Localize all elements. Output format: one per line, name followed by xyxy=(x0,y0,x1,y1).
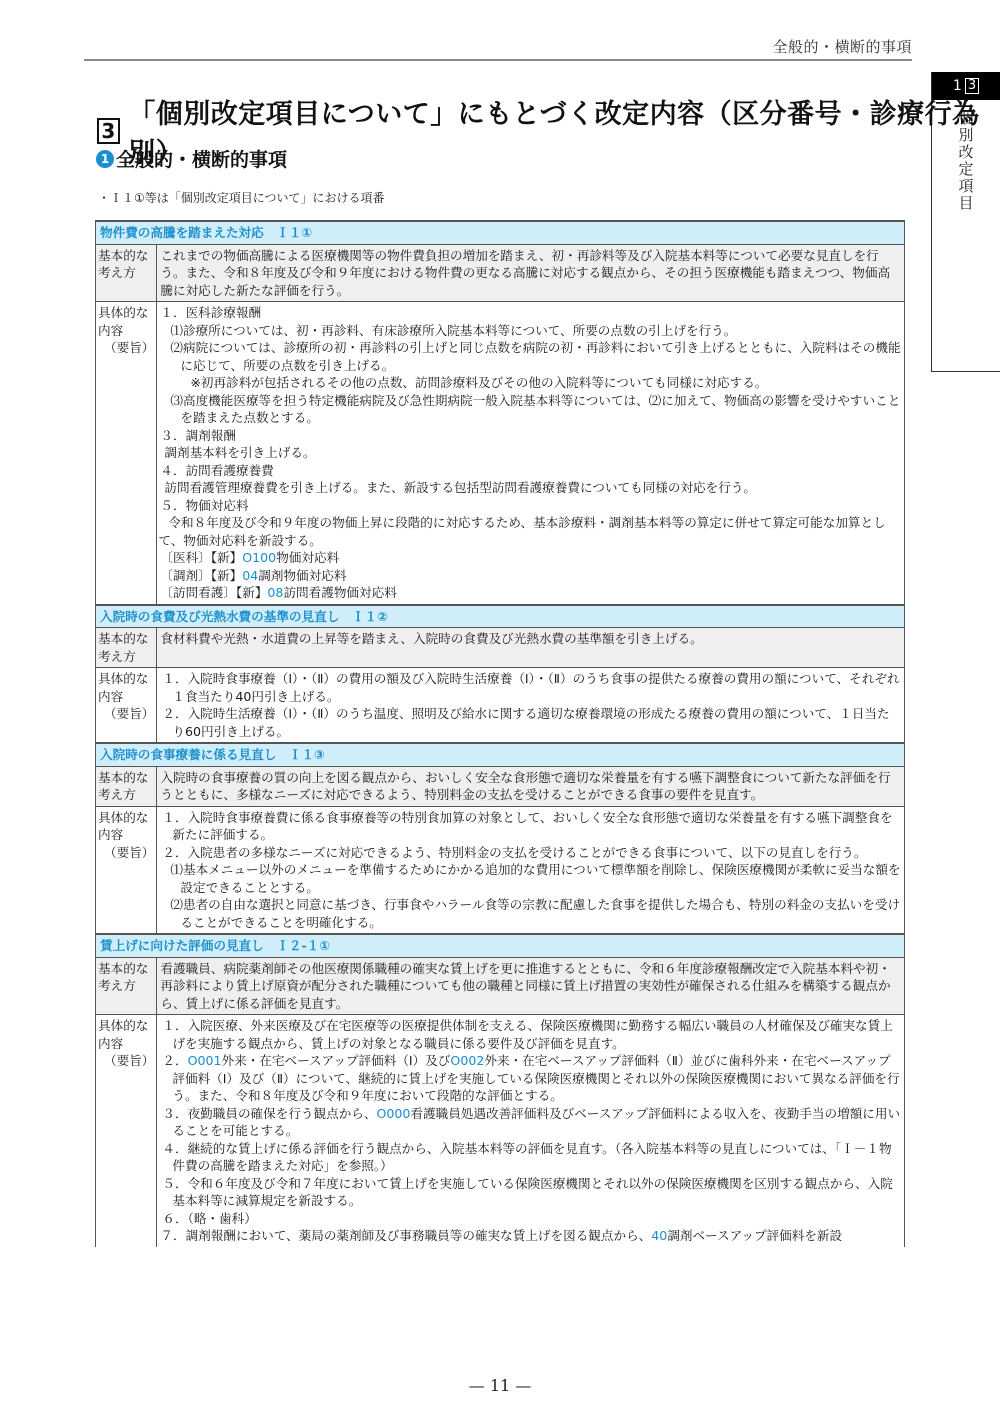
item-header-row: 入院時の食事療養に係る見直し Ｉ１③ xyxy=(96,743,905,766)
new-item: 〔訪問看護〕【新】08訪問看護物価対応料 xyxy=(160,584,901,602)
section-number-circle: 1 xyxy=(96,150,114,168)
detail-label: 具体的な内容（要旨） xyxy=(96,668,157,744)
basic-text: 食材料費や光熱・水道費の上昇等を踏まえ、入院時の食費及び光熱水費の基準額を引き上… xyxy=(157,628,905,668)
item-title: 物件費の高騰を踏まえた対応 Ｉ１① xyxy=(96,221,905,244)
new-item: 〔医科〕【新】O100物価対応料 xyxy=(160,549,901,567)
item-number-note: ・Ｉ１①等は「個別改定項目について」における項番 xyxy=(98,189,385,206)
basic-label: 基本的な考え方 xyxy=(96,244,157,302)
new-item: 〔調剤〕【新】04調剤物価対応料 xyxy=(160,567,901,585)
item-title: 賃上げに向けた評価の見直し Ｉ２-１① xyxy=(96,934,905,957)
detail-label: 具体的な内容（要旨） xyxy=(96,1015,157,1247)
item-header-row: 賃上げに向けた評価の見直し Ｉ２-１① xyxy=(96,934,905,957)
detail-label: 具体的な内容（要旨） xyxy=(96,806,157,934)
item-header-row: 入院時の食費及び光熱水費の基準の見直し Ｉ１② xyxy=(96,605,905,628)
basic-row: 基本的な考え方 これまでの物価高騰による医療機関等の物件費負担の増加を踏まえ、初… xyxy=(96,244,905,302)
code-link: O100 xyxy=(242,550,276,565)
item-title: 入院時の食費及び光熱水費の基準の見直し Ｉ１② xyxy=(96,605,905,628)
detail-row: 具体的な内容（要旨） １．入院医療、外来医療及び在宅医療等の医療提供体制を支える… xyxy=(96,1015,905,1247)
code-link: O000 xyxy=(376,1106,410,1121)
detail-text: １．入院医療、外来医療及び在宅医療等の医療提供体制を支える、保険医療機関に勤務す… xyxy=(157,1015,905,1247)
basic-text: 入院時の食事療養の質の向上を図る観点から、おいしく安全な食形態で適切な栄養量を有… xyxy=(157,766,905,806)
basic-row: 基本的な考え方 入院時の食事療養の質の向上を図る観点から、おいしく安全な食形態で… xyxy=(96,766,905,806)
revision-table: 物件費の高騰を踏まえた対応 Ｉ１① 基本的な考え方 これまでの物価高騰による医療… xyxy=(95,220,905,1247)
code-link: 08 xyxy=(267,585,283,600)
code-link: O001 xyxy=(188,1053,222,1068)
section-title-text: 全般的・横断的事項 xyxy=(116,145,287,172)
basic-row: 基本的な考え方 食材料費や光熱・水道費の上昇等を踏まえ、入院時の食費及び光熱水費… xyxy=(96,628,905,668)
detail-label: 具体的な内容（要旨） xyxy=(96,302,157,605)
detail-text: １．入院時食事療養（Ⅰ）・（Ⅱ）の費用の額及び入院時生活療養（Ⅰ）・（Ⅱ）のうち… xyxy=(157,668,905,744)
code-link: O002 xyxy=(450,1053,484,1068)
basic-text: これまでの物価高騰による医療機関等の物件費負担の増加を踏まえ、初・再診料等及び入… xyxy=(157,244,905,302)
code-link: 40 xyxy=(651,1228,667,1243)
detail-text: １．入院時食事療養費に係る食事療養等の特別食加算の対象として、おいしく安全な食形… xyxy=(157,806,905,934)
detail-row: 具体的な内容（要旨） １．入院時食事療養費に係る食事療養等の特別食加算の対象とし… xyxy=(96,806,905,934)
basic-row: 基本的な考え方 看護職員、病院薬剤師その他医療関係職種の確実な賃上げを更に推進す… xyxy=(96,957,905,1015)
item-header-row: 物件費の高騰を踏まえた対応 Ｉ１① xyxy=(96,221,905,244)
code-link: 04 xyxy=(242,568,258,583)
section-title: 1 全般的・横断的事項 xyxy=(96,145,287,172)
detail-text: １．医科診療報酬 ⑴診療所については、初・再診料、有床診療所入院基本料等について… xyxy=(157,302,905,605)
detail-row: 具体的な内容（要旨） １．入院時食事療養（Ⅰ）・（Ⅱ）の費用の額及び入院時生活療… xyxy=(96,668,905,744)
title-number-box: 3 xyxy=(97,118,120,144)
item-title: 入院時の食事療養に係る見直し Ｉ１③ xyxy=(96,743,905,766)
basic-label: 基本的な考え方 xyxy=(96,957,157,1015)
basic-label: 基本的な考え方 xyxy=(96,628,157,668)
basic-text: 看護職員、病院薬剤師その他医療関係職種の確実な賃上げを更に推進するとともに、令和… xyxy=(157,957,905,1015)
basic-label: 基本的な考え方 xyxy=(96,766,157,806)
detail-row: 具体的な内容（要旨） １．医科診療報酬 ⑴診療所については、初・再診料、有床診療… xyxy=(96,302,905,605)
header-rule xyxy=(84,59,912,61)
page-number: — 11 — xyxy=(0,1376,1000,1395)
running-header: 全般的・横断的事項 xyxy=(772,36,912,57)
